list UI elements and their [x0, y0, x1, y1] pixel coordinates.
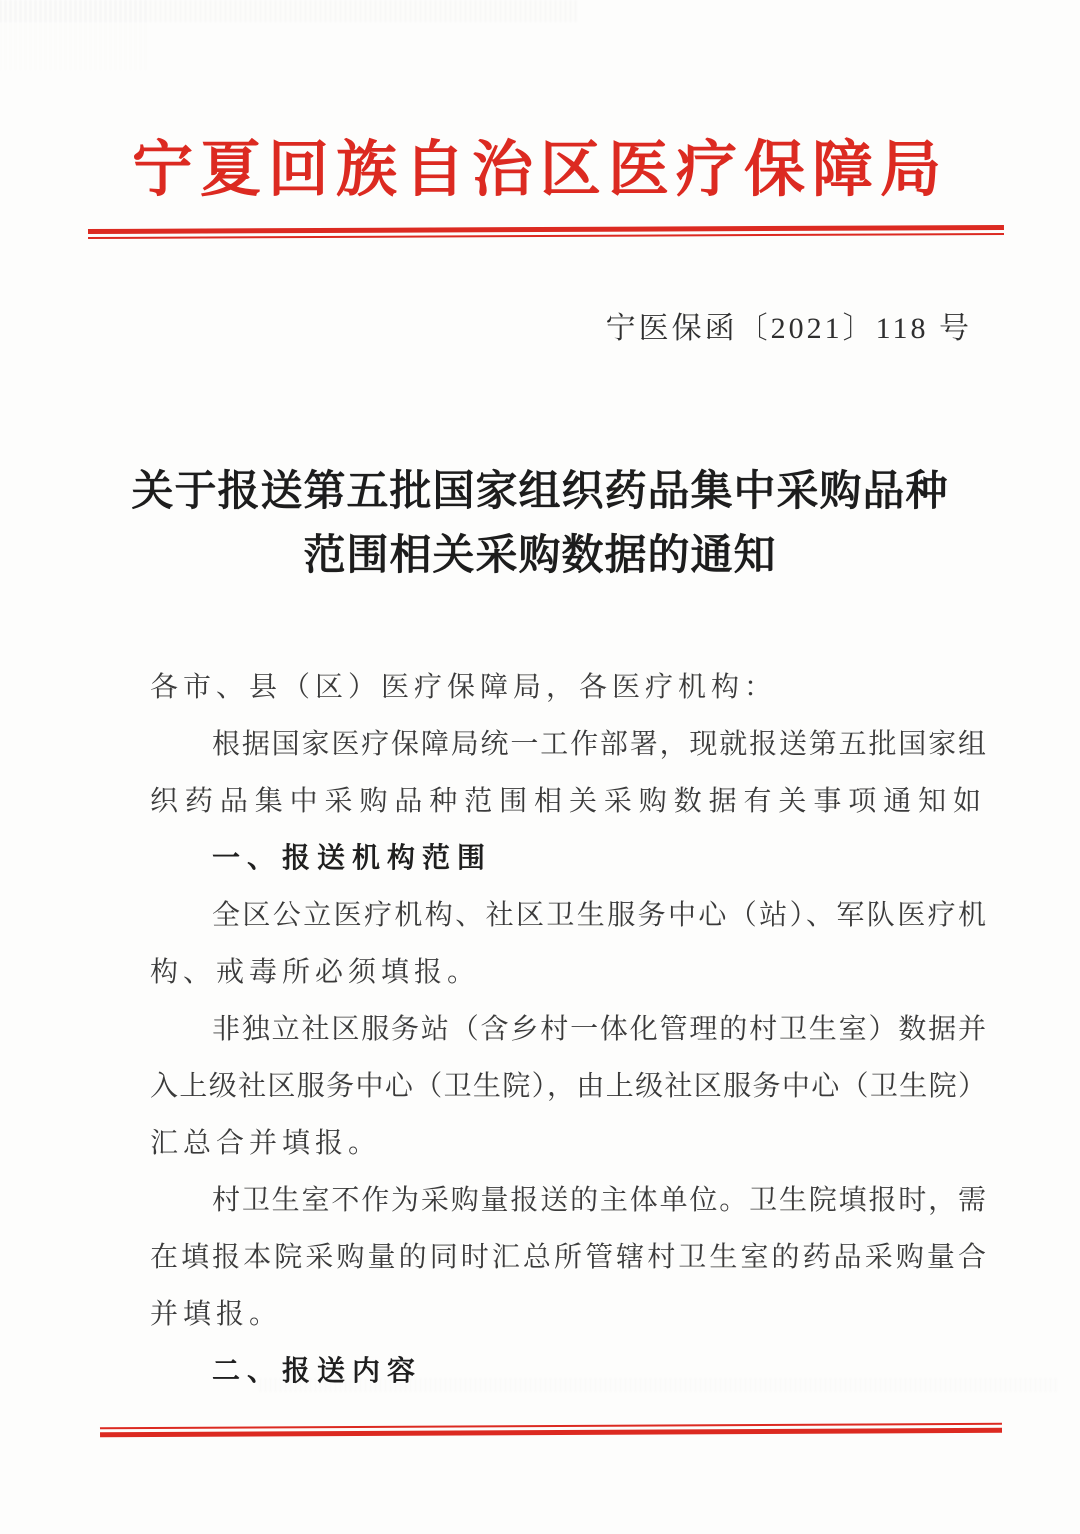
body-line: 汇总合并填报。 — [150, 1115, 986, 1172]
scan-artifact — [0, 0, 150, 70]
document-page: 宁夏回族自治区医疗保障局 宁医保函〔2021〕118 号 关于报送第五批国家组织… — [0, 0, 1080, 1534]
body-line: 织药品集中采购品种范围相关采购数据有关事项通知如下： — [150, 773, 986, 830]
body-section-heading: 二、报送内容 — [150, 1343, 986, 1400]
body-line: 非独立社区服务站（含乡村一体化管理的村卫生室）数据并 — [150, 1001, 986, 1058]
body-line: 构、戒毒所必须填报。 — [150, 944, 986, 1001]
body-line: 根据国家医疗保障局统一工作部署，现就报送第五批国家组 — [150, 716, 986, 773]
body-section-heading: 一、报送机构范围 — [150, 830, 986, 887]
body-line: 全区公立医疗机构、社区卫生服务中心（站）、军队医疗机 — [150, 887, 986, 944]
scan-artifact — [0, 0, 580, 22]
red-separator-line-top — [88, 225, 1004, 239]
body-line: 各市、县（区）医疗保障局，各医疗机构： — [150, 659, 986, 716]
red-separator-line-bottom — [100, 1423, 1002, 1437]
document-title-line1: 关于报送第五批国家组织药品集中采购品种 — [122, 460, 958, 524]
body-line: 并填报。 — [150, 1286, 986, 1343]
body-line: 在填报本院采购量的同时汇总所管辖村卫生室的药品采购量合 — [150, 1229, 986, 1286]
body-line: 村卫生室不作为采购量报送的主体单位。卫生院填报时，需 — [150, 1172, 986, 1229]
letterhead-agency-name: 宁夏回族自治区医疗保障局 — [0, 128, 1080, 214]
document-number: 宁医保函〔2021〕118 号 — [150, 303, 986, 347]
document-title: 关于报送第五批国家组织药品集中采购品种 范围相关采购数据的通知 — [122, 460, 958, 588]
document-title-line2: 范围相关采购数据的通知 — [122, 524, 958, 588]
body-line: 入上级社区服务中心（卫生院），由上级社区服务中心（卫生院） — [150, 1058, 986, 1115]
document-body: 各市、县（区）医疗保障局，各医疗机构：根据国家医疗保障局统一工作部署，现就报送第… — [150, 659, 986, 1400]
